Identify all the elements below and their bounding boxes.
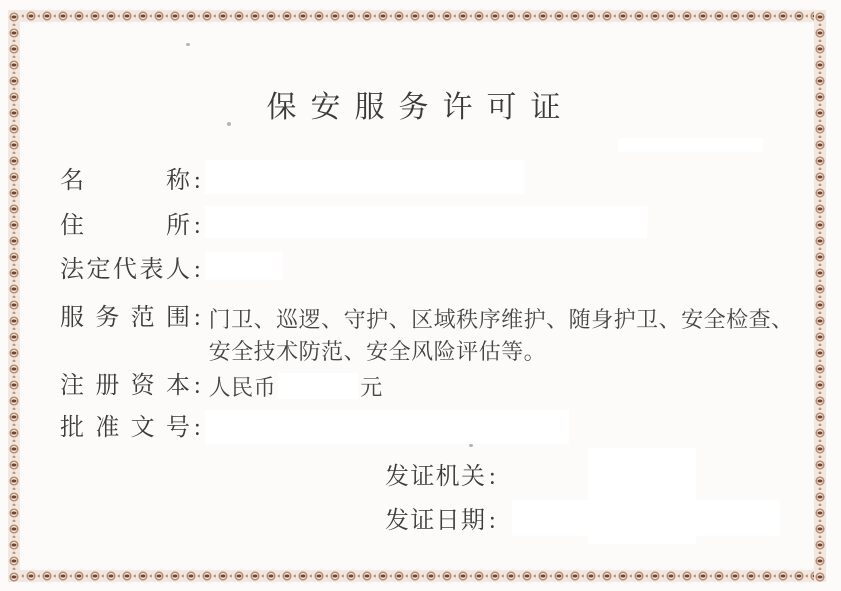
- capital-suffix: 元: [360, 371, 383, 404]
- field-colon: :: [194, 413, 201, 443]
- certificate-title: 保安服务许可证: [0, 82, 841, 126]
- field-row-service-scope: 服务范围:门卫、巡逻、守护、区域秩序维护、随身护卫、安全检查、安全技术防范、安全…: [60, 303, 815, 368]
- service-scope-label: 服务范围: [60, 303, 190, 333]
- field-row-address: 住所:: [60, 211, 209, 241]
- field-row-issuing-authority: 发证机关:: [385, 462, 504, 492]
- field-colon: :: [489, 506, 496, 536]
- field-row-name: 名称:: [60, 166, 209, 196]
- field-colon: :: [489, 462, 496, 492]
- address-label: 住所: [60, 211, 190, 241]
- field-row-issue-date: 发证日期:: [385, 506, 504, 536]
- approval-number-label: 批准文号: [60, 413, 190, 443]
- issue-date-label: 发证日期: [385, 506, 485, 536]
- border-bottom: [8, 570, 826, 582]
- field-row-approval-number: 批准文号:: [60, 413, 209, 443]
- certificate-document: 保安服务许可证 名称: 住所: 法定代表人: 服务范围:门卫、巡逻、守护、区域秩…: [0, 0, 841, 591]
- border-top: [8, 10, 826, 22]
- redacted-capital-amount: [278, 373, 358, 399]
- legal-rep-label: 法定代表人: [60, 255, 190, 285]
- field-colon: :: [194, 371, 201, 401]
- registered-capital-label: 注册资本: [60, 371, 190, 401]
- scan-speck: [469, 444, 473, 447]
- redacted-name-value: [205, 160, 525, 194]
- scan-speck: [227, 122, 231, 126]
- capital-prefix: 人民币: [209, 371, 277, 404]
- redacted-address-value: [205, 206, 647, 238]
- name-label: 名称: [60, 166, 190, 196]
- redacted-legal-rep-value: [205, 252, 283, 280]
- field-colon: :: [194, 166, 201, 196]
- redacted-area: [618, 138, 763, 152]
- field-row-registered-capital: 注册资本:人民币元: [60, 371, 383, 404]
- issuing-authority-label: 发证机关: [385, 462, 485, 492]
- redacted-approval-number-value: [205, 410, 569, 444]
- field-colon: :: [194, 211, 201, 241]
- field-colon: :: [194, 255, 201, 285]
- field-colon: :: [194, 303, 201, 333]
- service-scope-value: 门卫、巡逻、守护、区域秩序维护、随身护卫、安全检查、安全技术防范、安全风险评估等…: [209, 303, 815, 368]
- scan-speck: [186, 43, 190, 46]
- field-row-legal-rep: 法定代表人:: [60, 255, 209, 285]
- redacted-issue-date-value: [512, 500, 780, 536]
